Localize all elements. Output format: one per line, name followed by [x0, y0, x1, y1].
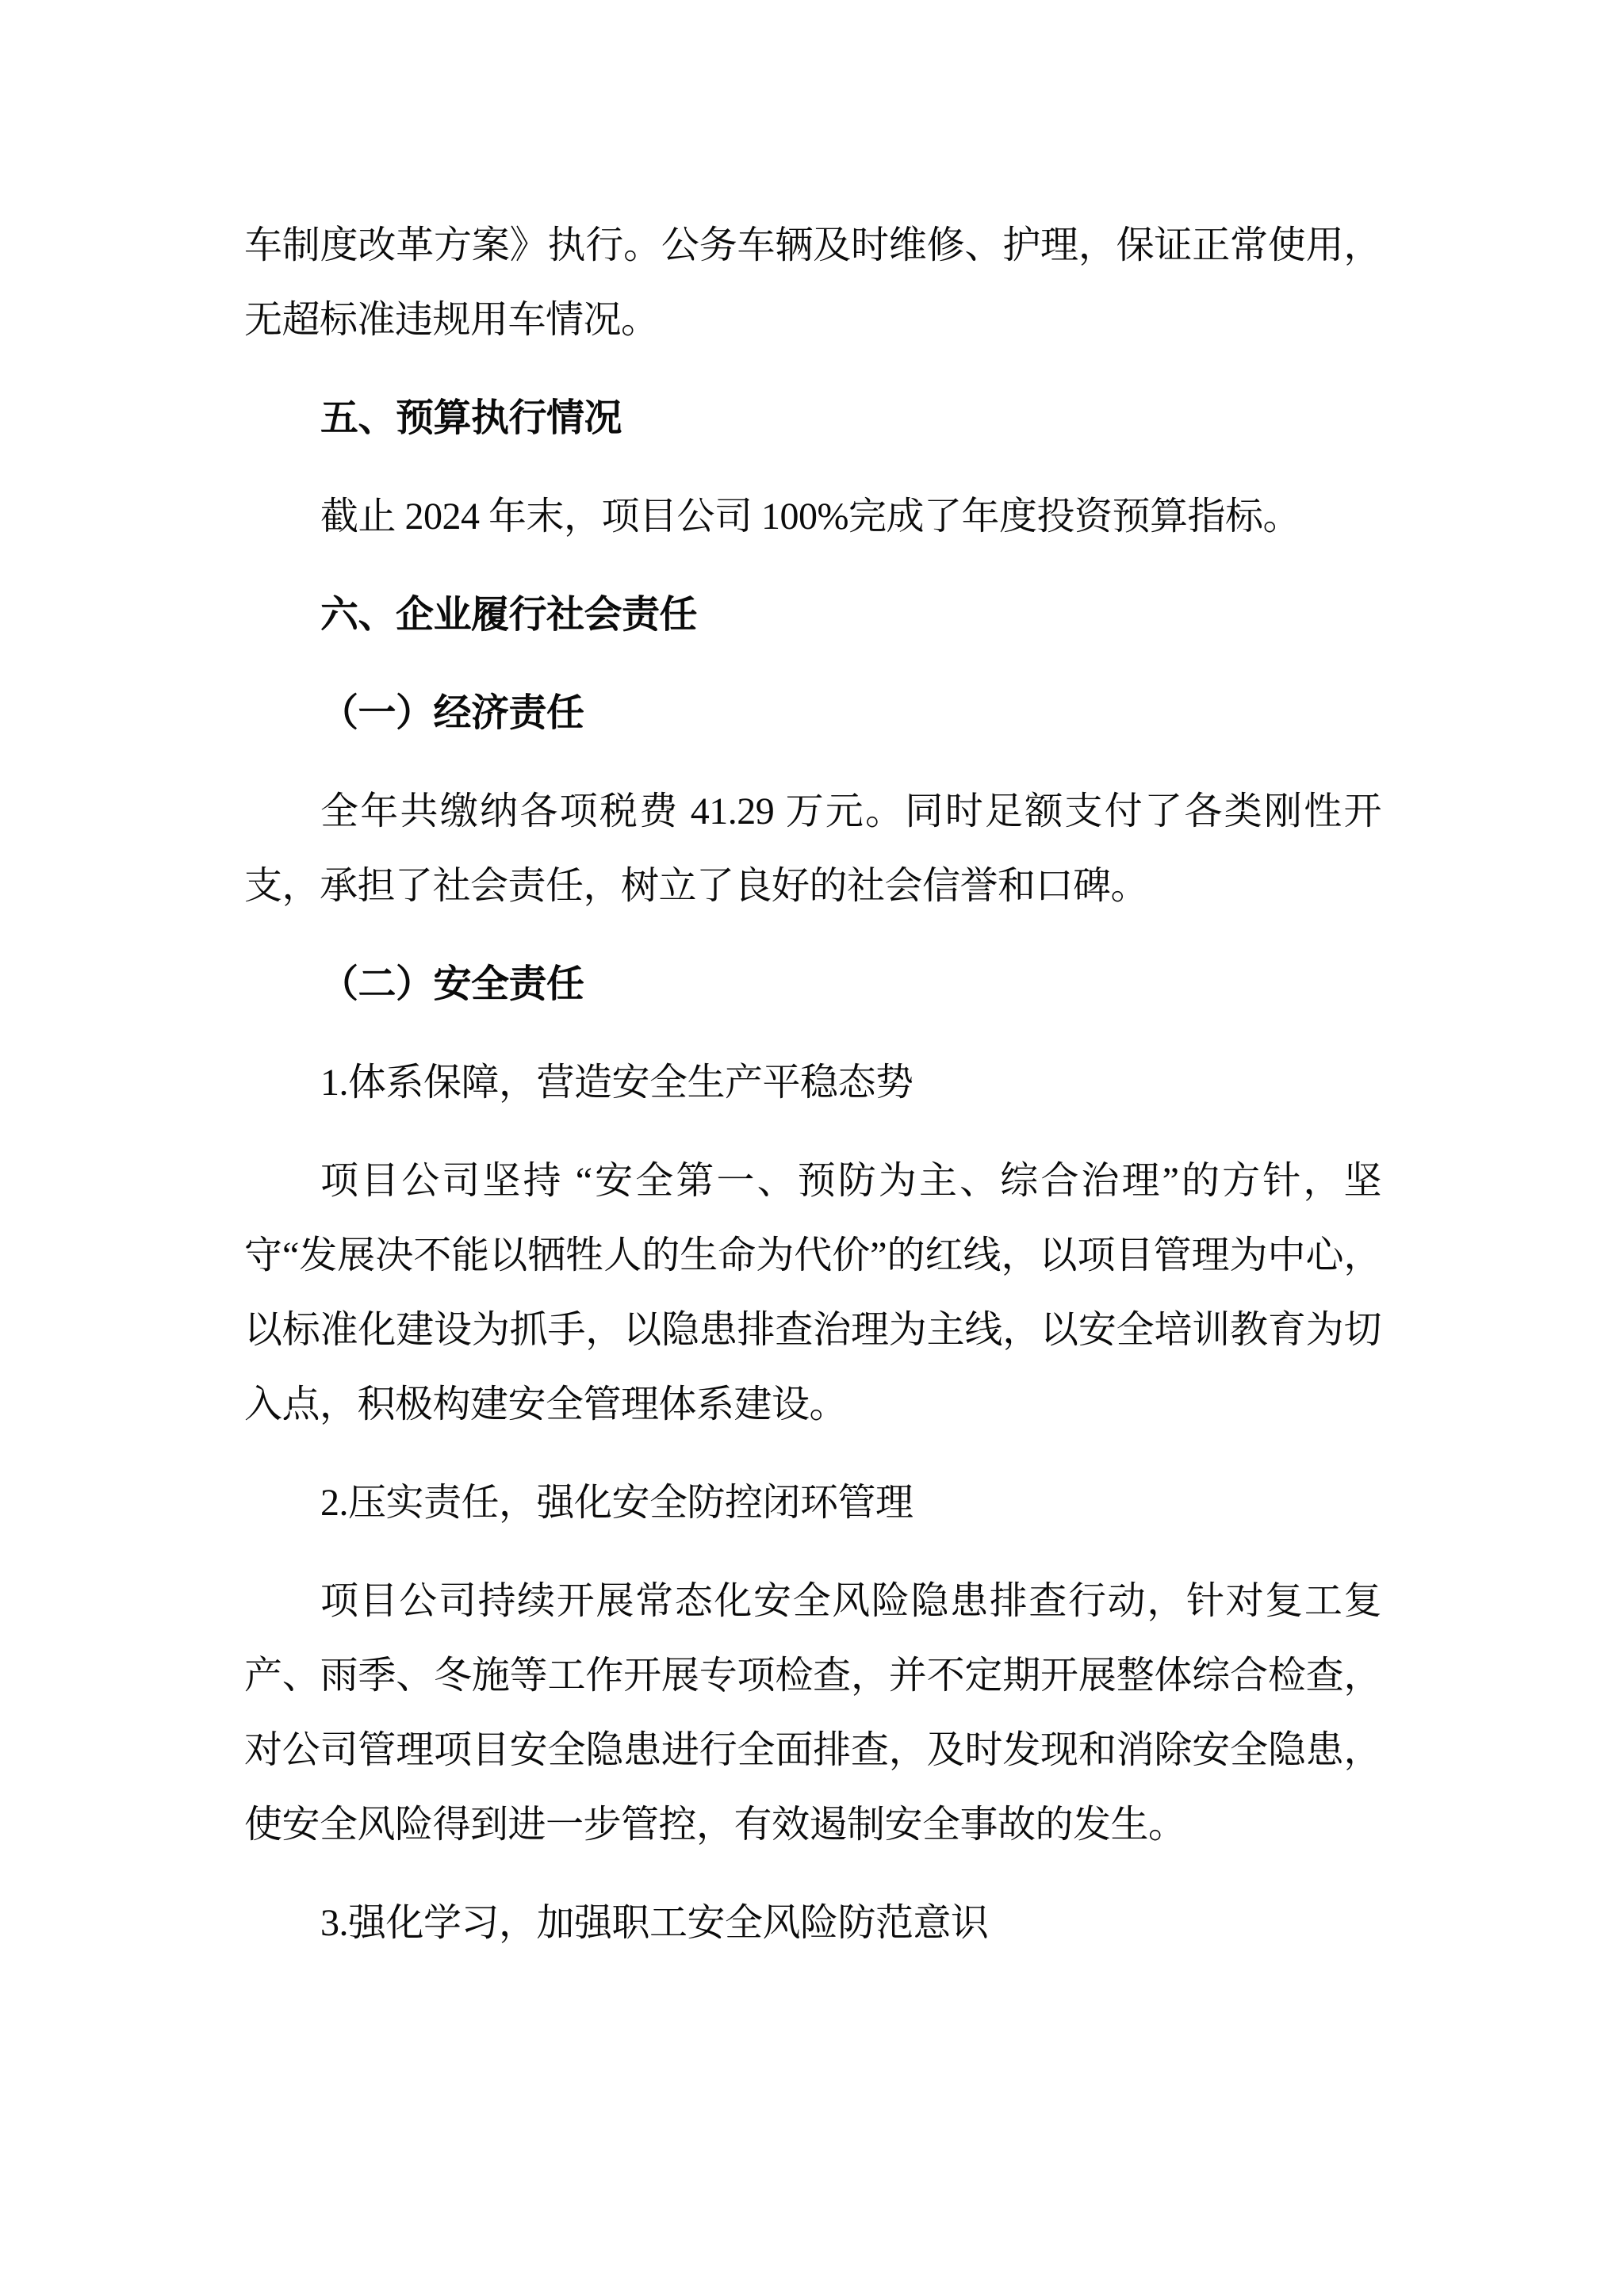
- subsection-heading-economic-responsibility: （一）经济责任: [244, 676, 1381, 751]
- document-page: 车制度改革方案》执行。公务车辆及时维修、护理，保证正常使用，无超标准违规用车情况…: [0, 0, 1624, 2296]
- item-heading-responsibility-control: 2.压实责任，强化安全防控闭环管理: [244, 1466, 1381, 1540]
- section-heading-budget-execution: 五、预算执行情况: [244, 381, 1381, 456]
- item-heading-strengthen-learning: 3.强化学习，加强职工安全风险防范意识: [244, 1886, 1381, 1961]
- subsection-heading-safety-responsibility: （二）安全责任: [244, 947, 1381, 1022]
- item-heading-system-guarantee: 1.体系保障，营造安全生产平稳态势: [244, 1046, 1381, 1120]
- body-paragraph-safety-policy: 项目公司坚持 “安全第一、预防为主、综合治理”的方针，坚守“发展决不能以牺牲人的…: [244, 1144, 1381, 1442]
- body-paragraph-risk-inspection: 项目公司持续开展常态化安全风险隐患排查行动，针对复工复产、雨季、冬施等工作开展专…: [244, 1564, 1381, 1862]
- section-heading-social-responsibility: 六、企业履行社会责任: [244, 578, 1381, 652]
- body-paragraph-continuation: 车制度改革方案》执行。公务车辆及时维修、护理，保证正常使用，无超标准违规用车情况…: [244, 209, 1381, 358]
- body-paragraph-budget: 截止 2024 年末，项目公司 100%完成了年度投资预算指标。: [244, 480, 1381, 554]
- body-paragraph-taxes: 全年共缴纳各项税费 41.29 万元。同时足额支付了各类刚性开支，承担了社会责任…: [244, 775, 1381, 924]
